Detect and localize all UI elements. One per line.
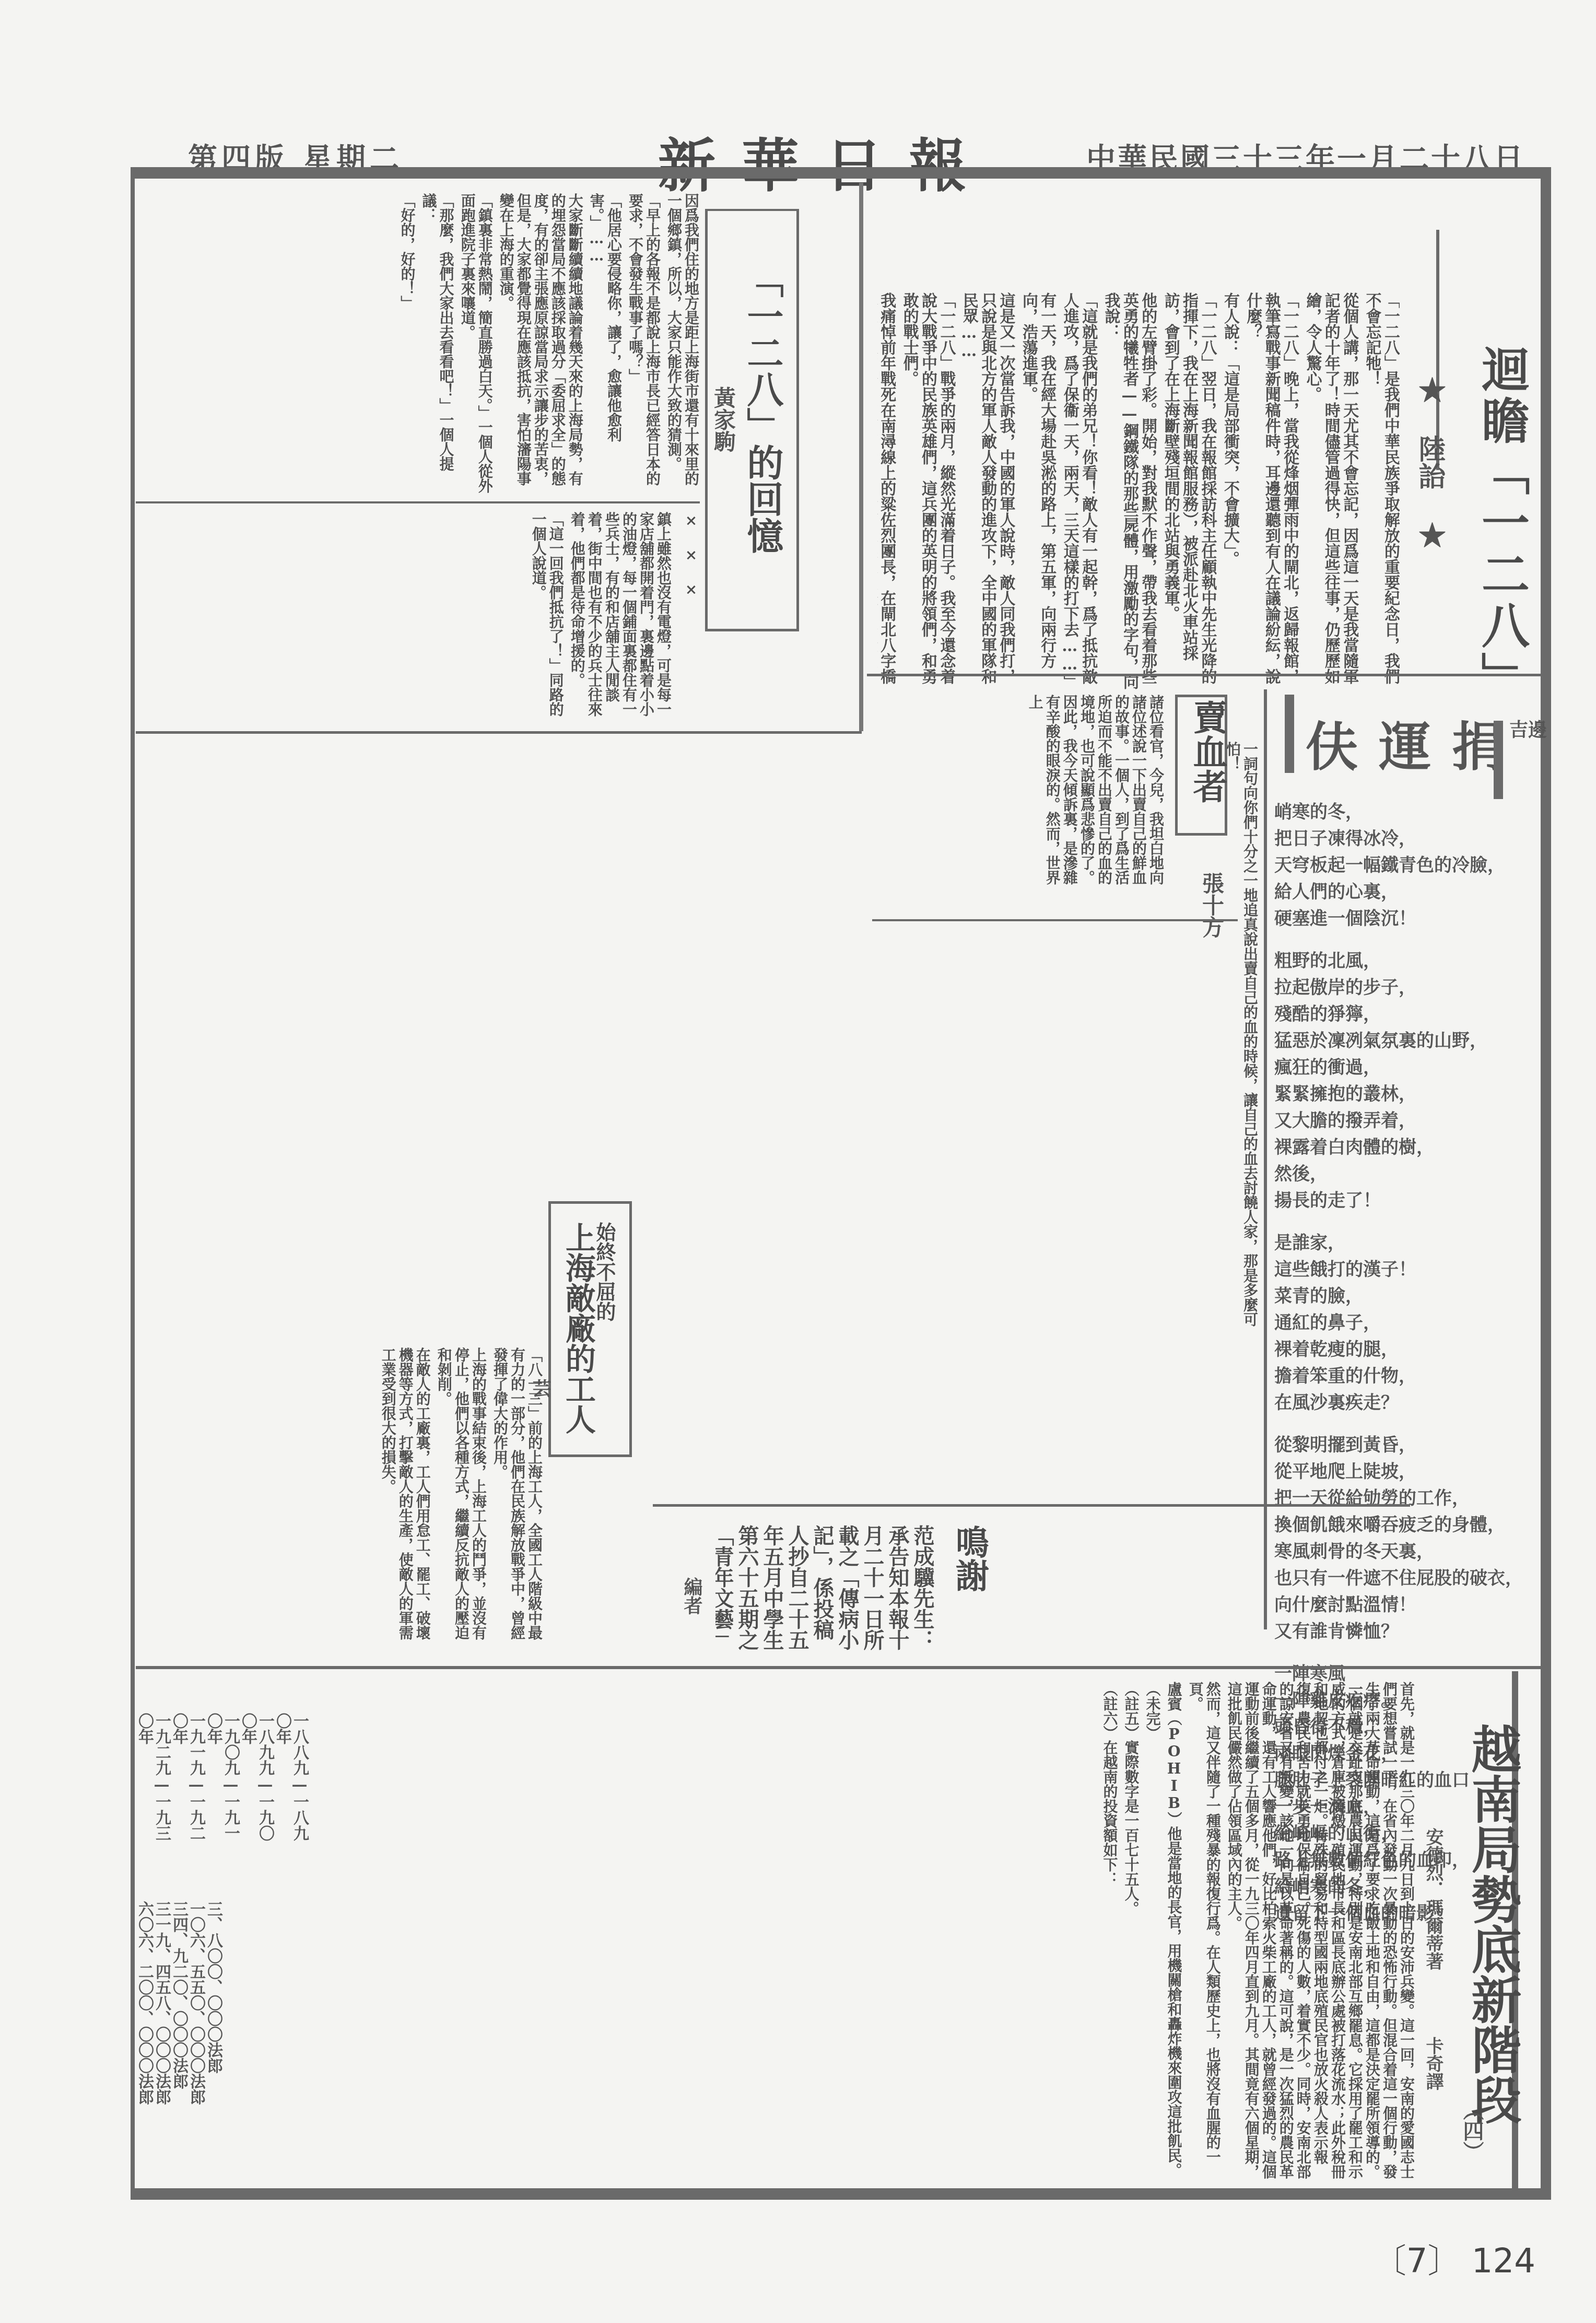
poem-line: 然後， (1274, 1161, 1535, 1188)
page-header: 第四版 星期二 新華日報 中華民國三十三年一月二十八日 (131, 104, 1551, 162)
poem-line: 從黎明擺到黃昏， (1274, 1432, 1535, 1459)
memory-paragraph: 「這一回我們抵抗了！」同路的一個人說道。 (530, 512, 565, 721)
retrospect-paragraph: 有人說：「這是局部衝突，不會擴大」。 (1221, 292, 1239, 689)
table-amount: 三一九、四五八、〇〇〇法郎 (153, 1901, 170, 2152)
memory-body-lower: × × × 鎮上雖然也沒有電燈，可是每一家店舖都開着門，裏邊點着小小的油燈，每一… (136, 512, 700, 721)
poem-line: 又有誰肯憐恤？ (1274, 1618, 1535, 1645)
memory-author: 黃家駒 (708, 386, 739, 452)
memory-title: 「一二八」的回憶 (736, 261, 789, 554)
star-icon: ★ (1414, 376, 1446, 403)
retrospect-paragraph: 「一二八」翌日，我在報館採訪科主任顧執中先生光降的指揮下，我在上海新聞報館服務）… (1161, 292, 1216, 689)
vietnam-author: 安德烈．瑪爾蒂著 (1421, 1828, 1446, 1970)
table-amount: 一〇六、五五〇、〇〇〇法郎 (187, 1901, 205, 2152)
poem-line: 寒風刺骨的冬天裏， (1274, 1539, 1535, 1565)
acknowledgement-title: 鳴謝 (945, 1525, 993, 1592)
poem-line: 在風沙裏疾走？ (1274, 1390, 1535, 1416)
table-period: 一八九九—一九〇〇年 (239, 1713, 274, 1849)
poem-line: 殘酷的猙獰， (1274, 1001, 1535, 1028)
poem-line: 拉起傲岸的步子， (1274, 975, 1535, 1001)
star-icon: ★ (1414, 521, 1446, 548)
workers-title: 上海敵廠的工人 (556, 1222, 600, 1434)
retrospect-paragraph: 「一二八」晚上，當我從烽烟彈雨中的閘北，返歸報館，執筆寫戰事新聞稿件時，耳邊還聽… (1243, 292, 1299, 689)
memory-paragraph: 「他居心要侵略你，讓了，愈讓他愈利害。」…… (588, 193, 623, 496)
workers-body: 「八一三」前的上海工人，全國工人階級中最有力的一部分，他們在民族解放戰爭中，曾經… (136, 1347, 543, 1640)
workers-paragraph: 「八一三」前的上海工人，全國工人階級中最有力的一部分，他們在民族解放戰爭中，曾經… (491, 1347, 543, 1640)
poem-line: 也只有一件遮不住屁股的破衣， (1274, 1565, 1535, 1592)
notice-top-rule (653, 1504, 1410, 1507)
poem-stanza: 粗野的北風， 拉起傲岸的步子， 殘酷的猙獰， 猛惡於凜冽氣氛裏的山野， 瘋狂的衝… (1274, 948, 1535, 1214)
table-amount: 三四、九二〇、〇〇〇法郎 (170, 1901, 187, 2152)
acknowledgement-signature: 編者 (679, 1577, 706, 1615)
right-border (1541, 179, 1551, 2195)
retrospect-body: 「一二八」是我們中華民族爭取解放的重要紀念日，我們不會忘記牠！ 從個人講，那一天… (877, 292, 1400, 689)
memory-body-upper: 因爲我們住的地方是距上海街市還有十來里的一個鄉鎮，所以，大家只能作大致的猜測。 … (136, 193, 700, 496)
table-period: 一八八九—一八九〇年 (274, 1713, 308, 1849)
poem-line: 瘋狂的衝過， (1274, 1054, 1535, 1081)
table-periods: 一八八九—一八九〇年 一八九九—一九〇〇年 一九〇九—一九一〇年 一九一九—一九… (136, 1713, 308, 1849)
poem-line: 峭寒的冬， (1274, 799, 1535, 826)
workers-paragraph: 在敵人的工廠裏，工人們用怠工、罷工、破壞機器等方式，打擊敵人的生產，使敵人的軍需… (380, 1347, 431, 1640)
vietnam-paragraph: 首先，就是一九三〇年二月九日到十日的安沛兵變。這一回，安南的愛國志士們要想嘗試一… (1226, 1682, 1415, 2183)
poem-line: 把日子凍得冰冷， (1274, 826, 1535, 852)
blood-seller-paragraph: 一詞句向你們十分之一地追真說出賣自己的血的時候，讓自己的血去討饒人家，那是多麼可… (1224, 742, 1259, 1332)
memory-paragraph: 「好的，好的！」 (399, 193, 416, 496)
poem-line: 硬塞進一個陰沉！ (1274, 906, 1535, 932)
retrospect-paragraph: 從個人講，那一天尤其不會忘記，因爲這一天是我當隨軍記者的十年了！時間儘管過得快，… (1303, 292, 1358, 689)
section-separator: × × × (683, 512, 700, 721)
poem-author: 吉邊 (1509, 715, 1547, 742)
poem-title-ornament (1494, 721, 1503, 799)
retrospect-paragraph: 「這就是我們的弟兄！你看！敵人有一起幹，爲了抵抗敵人進攻，爲了保衞一天，兩天，三… (1060, 292, 1097, 689)
table-amount: 三、八〇〇、〇〇〇法郎 (205, 1901, 222, 2152)
retrospect-paragraph: 他的左臂掛了彩。開始，對我默不作聲，帶我去看着那些英勇的犧牲者——鋼鐵隊的那些屍… (1101, 292, 1157, 689)
poem-line: 裸露着白肉體的樹， (1274, 1134, 1535, 1161)
section-divider (136, 1666, 1541, 1669)
vietnam-paragraph: 盧賓（POHIB）他是當地的長官，用機關槍和轟炸機來圍攻這批飢民。 (1166, 1682, 1183, 2183)
memory-divider (136, 501, 700, 503)
poem-line: 緊緊擁抱的叢林， (1274, 1081, 1535, 1108)
poem-title-ornament (1285, 695, 1294, 773)
poem-line: 給人們的心裏， (1274, 879, 1535, 906)
retrospect-author: ★ 陸詒 ★ (1410, 376, 1449, 548)
poem-line: 菜青的臉， (1274, 1283, 1535, 1310)
table-period: 一九二九—一九三〇年 (136, 1713, 170, 1849)
page-number: 124 (1472, 2242, 1535, 2281)
left-border (131, 179, 135, 2195)
page-footer: 〔7〕 124 (1373, 2234, 1535, 2282)
vietnam-paragraph: 然而，這又伴隨了一種殘暴的報復行爲。在人類歷史上，也將沒有血腥的一頁。 (1187, 1682, 1222, 2183)
poem-line: 把一天從給劬勞的工作， (1274, 1485, 1535, 1512)
poem-stanza: 峭寒的冬， 把日子凍得冰冷， 天穹板起一幅鐵青色的冷臉， 給人們的心裏， 硬塞進… (1274, 799, 1535, 932)
memory-paragraph: 「那麼，我們大家出去看看吧！」一個人提議： (420, 193, 455, 496)
retrospect-title: 迴瞻「一二八」 (1468, 345, 1536, 703)
vietnam-part: （四） (1457, 2099, 1487, 2162)
newspaper-page: 第四版 星期二 新華日報 中華民國三十三年一月二十八日 迴瞻「一二八」 ★ 陸詒… (131, 104, 1551, 2204)
poem-line: 又大膽的撥弄着， (1274, 1108, 1535, 1134)
poem-line: 從平地爬上陡坡， (1274, 1459, 1535, 1485)
retrospect-paragraph: 我痛悼前年戰死在南潯線上的粱佐烈團長，在閘北八字橋陣地，經常唔見的那個我尤懷念那… (877, 292, 896, 689)
poem-line: 猛惡於凜冽氣氛裏的山野， (1274, 1028, 1535, 1054)
table-period: 一九一九—一九二〇年 (170, 1713, 205, 1849)
vietnam-note: （註五）實際數字是一百七十五人。 (1123, 1682, 1140, 2183)
section-divider (136, 731, 862, 734)
table-amount: 六〇六、二〇〇、〇〇〇法郎 (136, 1901, 153, 2152)
retrospect-paragraph: 「一二八」戰爭的兩月，縱然光滿着日子。我至今還念着說大戰爭中的民族英雄們，這兵團… (900, 292, 955, 689)
vietnam-translator: 卡奇譯 (1421, 2037, 1446, 2090)
vietnam-body: 首先，就是一九三〇年二月九日到十日的安沛兵變。這一回，安南的愛國志士們要想嘗試一… (350, 1682, 1415, 2183)
retrospect-paragraph: 這是又一次當告訴我，中國的軍人說時，敵人同我們打，只說是與北方的軍人敵人發動的進… (959, 292, 1015, 689)
poem-line: 通紅的鼻子， (1274, 1310, 1535, 1336)
page-marker: 〔7〕 (1373, 2242, 1461, 2281)
poem-line: 擔着笨重的什物， (1274, 1363, 1535, 1390)
poem-line: 天穹板起一幅鐵青色的冷臉， (1274, 852, 1535, 879)
poem-stanza: 從黎明擺到黃昏， 從平地爬上陡坡， 把一天從給劬勞的工作， 換個飢餓來嚼吞疲乏的… (1274, 1432, 1535, 1645)
vietnam-continued: （未完） (1144, 1682, 1161, 2183)
memory-paragraph: 大家斷斷續續地議論着幾天來的上海局勢，有的埋怨當局不應該採取過分「委屈求全」的態… (498, 193, 584, 496)
poem-line: 換個飢餓來嚼吞疲乏的身體， (1274, 1512, 1535, 1539)
poem-line: 向什麼討點溫情！ (1274, 1592, 1535, 1618)
memory-paragraph: 「早上的各報不是都說上海市長已經答日本的要求，不會發生戰事了嗎？」 (627, 193, 661, 496)
vietnam-title: 越南局勢底新階段 (1457, 1723, 1529, 2125)
bottom-border (131, 2188, 1551, 2200)
poem-line: 裸着乾瘦的腿， (1274, 1336, 1535, 1363)
vietnam-note: （註六）在越南的投資額如下： (1101, 1682, 1118, 2183)
blood-seller-body-lower: 一詞句向你們十分之一地追真說出賣自己的血的時候，讓自己的血去討饒人家，那是多麼可… (136, 742, 1259, 1332)
table-period: 一九〇九—一九一〇年 (205, 1713, 239, 1849)
poem-column-rule (1264, 689, 1267, 1629)
poem-line: 是誰家， (1274, 1230, 1535, 1257)
masthead: 新華日報 (658, 120, 992, 203)
poem-title: 伕運捐 (1306, 705, 1525, 780)
table-amounts: 三、八〇〇、〇〇〇法郎 一〇六、五五〇、〇〇〇法郎 三四、九二〇、〇〇〇法郎 三… (136, 1901, 222, 2152)
retrospect-paragraph: 有一天，我在經大場赴吳淞的路上，第五軍，向兩行方向，浩蕩進軍。 (1019, 292, 1057, 689)
memory-paragraph: 因爲我們住的地方是距上海街市還有十來里的一個鄉鎮，所以，大家只能作大致的猜測。 (665, 193, 700, 496)
wavy-column-rule (859, 183, 863, 731)
memory-paragraph: 鎮上雖然也沒有電燈，可是每一家店舖都開着門，裏邊點着小小的油燈，每一個鋪面裏都住… (569, 512, 672, 721)
header-rule (131, 167, 1551, 179)
retrospect-opening: 「一二八」是我們中華民族爭取解放的重要紀念日，我們不會忘記牠！ (1363, 292, 1400, 689)
section-divider (867, 674, 1541, 676)
retrospect-author-name: 陸詒 (1414, 435, 1446, 489)
poem-stanza: 是誰家， 這些餓打的漢子！ 菜青的臉， 通紅的鼻子， 裸着乾瘦的腿， 擔着笨重的… (1274, 1230, 1535, 1416)
memory-paragraph: 「鎮裏非常熱鬧，簡直勝過白天。」一個人從外面跑進院子裏來嚷道。 (459, 193, 494, 496)
acknowledgement-body: 范成驥先生：承告知本報十月二十一日所載之「傳病小記」，係投稿人抄自二十五年五月中… (715, 1525, 935, 1656)
poem-line: 粗野的北風， (1274, 948, 1535, 975)
poem-line: 這些餓打的漢子！ (1274, 1257, 1535, 1283)
workers-paragraph: 上海的戰事結束後，上海工人的鬥爭，並沒有停止，他們以各種方式，繼續反抗敵人的壓迫… (436, 1347, 487, 1640)
poem-line: 揚長的走了！ (1274, 1188, 1535, 1214)
